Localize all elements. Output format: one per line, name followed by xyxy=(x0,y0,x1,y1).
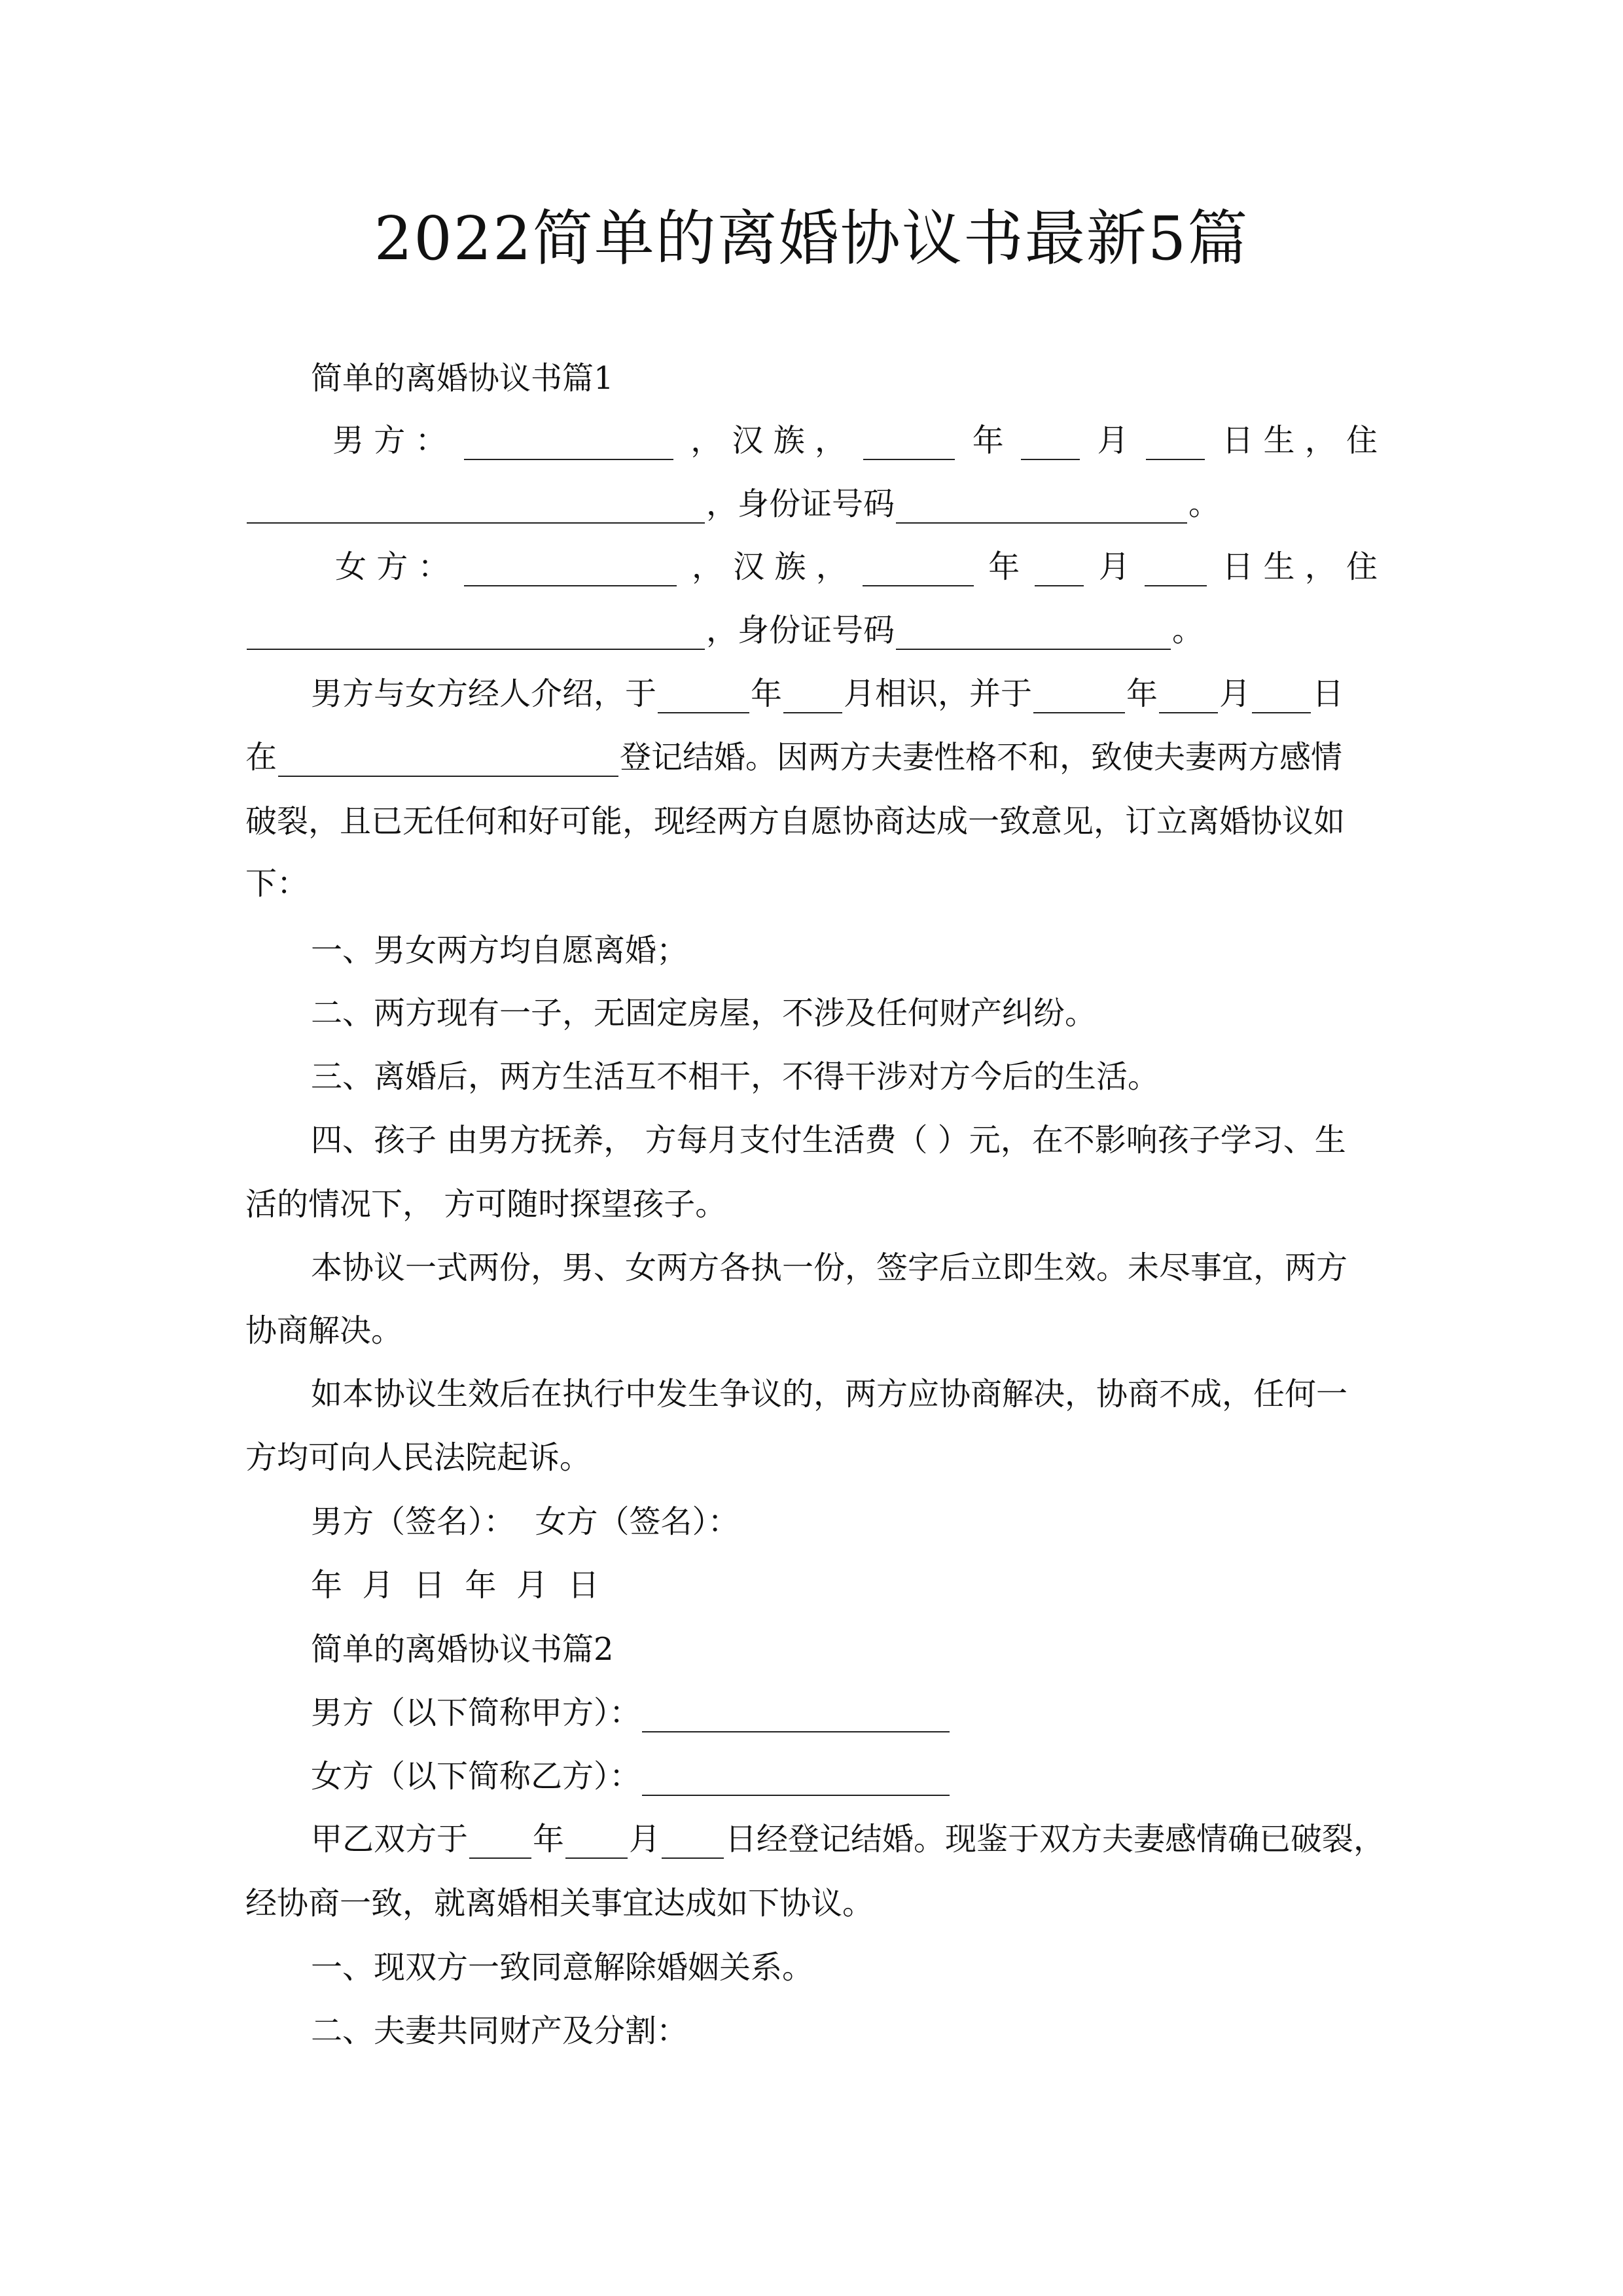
text: 日经登记结婚。现鉴于双方夫妻感情确已破裂， xyxy=(725,1821,1385,1857)
label-day-address: 日 生 ， 住 xyxy=(1222,421,1378,460)
text: 月 xyxy=(1219,675,1251,712)
male-party-line: 男 方 ： ， 汉 族 ， 年 月 日 生 ， 住 xyxy=(332,421,1378,460)
blank-birth-year xyxy=(863,429,955,460)
blank-male-name xyxy=(464,429,673,460)
blank-meet-month xyxy=(783,682,842,713)
text: 年 xyxy=(751,675,782,712)
clause-4-line-1: 四、孩子 由男方抚养， 方每月支付生活费（ ）元，在不影响孩子学习、生 xyxy=(311,1121,1378,1160)
marriage-line-1: 甲乙双方于年月日经登记结婚。现鉴于双方夫妻感情确已破裂， xyxy=(311,1820,1378,1859)
period: 。 xyxy=(1172,612,1204,649)
label-party-b: 女方（以下简称乙方）： xyxy=(311,1758,641,1795)
intro-line-2: 在登记结婚。因两方夫妻性格不和，致使夫妻两方感情 xyxy=(245,738,1378,777)
blank-party-a xyxy=(642,1701,950,1732)
text: 在 xyxy=(245,739,277,776)
s2-clause-2: 二、夫妻共同财产及分割： xyxy=(311,2011,1378,2051)
text: 月相识，并于 xyxy=(844,675,1032,712)
blank-birth-month xyxy=(1035,555,1084,586)
blank-marry-month xyxy=(1159,682,1218,713)
label-id-number: ，身份证号码 xyxy=(706,486,895,522)
intro-line-3: 破裂，且已无任何和好可能，现经两方自愿协商达成一致意见，订立离婚协议如 xyxy=(245,802,1378,841)
clause-3: 三、离婚后，两方生活互不相干，不得干涉对方今后的生活。 xyxy=(311,1057,1378,1096)
text: 日 xyxy=(1312,675,1344,712)
signature-line: 男方（签名）： 女方（签名）： xyxy=(311,1502,1378,1541)
copies-line-1: 本协议一式两份，男、女两方各执一份，签字后立即生效。未尽事宜，两方 xyxy=(311,1248,1378,1287)
label-female: 女 方 ： xyxy=(335,547,450,586)
blank-birth-day xyxy=(1146,429,1205,460)
blank-female-id xyxy=(896,619,1171,650)
blank-month xyxy=(565,1827,628,1859)
label-year: 年 xyxy=(988,547,1020,586)
clause-4-line-2: 活的情况下， 方可随时探望孩子。 xyxy=(245,1185,1378,1224)
blank-party-b xyxy=(642,1765,950,1796)
document-title: 2022简单的离婚协议书最新5篇 xyxy=(0,196,1623,281)
blank-day xyxy=(662,1827,724,1859)
female-party-line: 女 方 ： ， 汉 族 ， 年 月 日 生 ， 住 xyxy=(335,547,1378,586)
blank-marry-day xyxy=(1252,682,1311,713)
label-ethnicity: ， 汉 族 ， xyxy=(690,421,846,460)
dispute-line-1: 如本协议生效后在执行中发生争议的，两方应协商解决，协商不成，任何一 xyxy=(311,1374,1378,1414)
label-year: 年 xyxy=(972,421,1004,460)
period: 。 xyxy=(1188,486,1220,522)
intro-line-1: 男方与女方经人介绍，于年月相识，并于年月日 xyxy=(311,674,1378,713)
section-heading-1: 简单的离婚协议书篇1 xyxy=(311,359,1378,398)
blank-male-address xyxy=(247,492,705,524)
label-month: 月 xyxy=(1099,547,1130,586)
blank-female-name xyxy=(464,555,677,586)
text: 年 xyxy=(533,1821,564,1857)
s2-clause-1: 一、现双方一致同意解除婚姻关系。 xyxy=(311,1948,1378,1987)
blank-birth-month xyxy=(1021,429,1080,460)
label-month: 月 xyxy=(1097,421,1128,460)
intro-line-4: 下： xyxy=(245,864,1378,903)
male-id-line: ，身份证号码。 xyxy=(245,484,1378,524)
text: 男方与女方经人介绍，于 xyxy=(311,675,656,712)
blank-male-id xyxy=(896,492,1187,524)
party-b-line: 女方（以下简称乙方）： xyxy=(311,1757,1378,1796)
blank-meet-year xyxy=(658,682,749,713)
copies-line-2: 协商解决。 xyxy=(245,1311,1378,1350)
clause-1: 一、男女两方均自愿离婚； xyxy=(311,931,1378,970)
text: 登记结婚。因两方夫妻性格不和，致使夫妻两方感情 xyxy=(620,739,1342,776)
label-day-address: 日 生 ， 住 xyxy=(1222,547,1378,586)
dispute-line-2: 方均可向人民法院起诉。 xyxy=(245,1438,1378,1477)
section-heading-2: 简单的离婚协议书篇2 xyxy=(311,1630,1378,1669)
text: 年 xyxy=(1126,675,1158,712)
label-ethnicity: ， 汉 族 ， xyxy=(692,547,847,586)
party-a-line: 男方（以下简称甲方）： xyxy=(311,1693,1378,1732)
label-party-a: 男方（以下简称甲方）： xyxy=(311,1695,641,1731)
text: 月 xyxy=(629,1821,660,1857)
label-male: 男 方 ： xyxy=(332,421,447,460)
label-id-number: ，身份证号码 xyxy=(706,612,895,649)
blank-birth-day xyxy=(1145,555,1207,586)
marriage-line-2: 经协商一致，就离婚相关事宜达成如下协议。 xyxy=(245,1884,1378,1923)
blank-female-address xyxy=(247,619,705,650)
blank-registration-place xyxy=(278,745,618,777)
female-id-line: ，身份证号码。 xyxy=(245,611,1378,650)
blank-year xyxy=(469,1827,531,1859)
text: 甲乙双方于 xyxy=(311,1821,468,1857)
blank-marry-year xyxy=(1033,682,1125,713)
date-line: 年 月 日 年 月 日 xyxy=(311,1566,1378,1605)
clause-2: 二、两方现有一子，无固定房屋，不涉及任何财产纠纷。 xyxy=(311,994,1378,1033)
blank-birth-year xyxy=(863,555,974,586)
document-page: 2022简单的离婚协议书最新5篇 简单的离婚协议书篇1 男 方 ： ， 汉 族 … xyxy=(0,0,1623,2296)
